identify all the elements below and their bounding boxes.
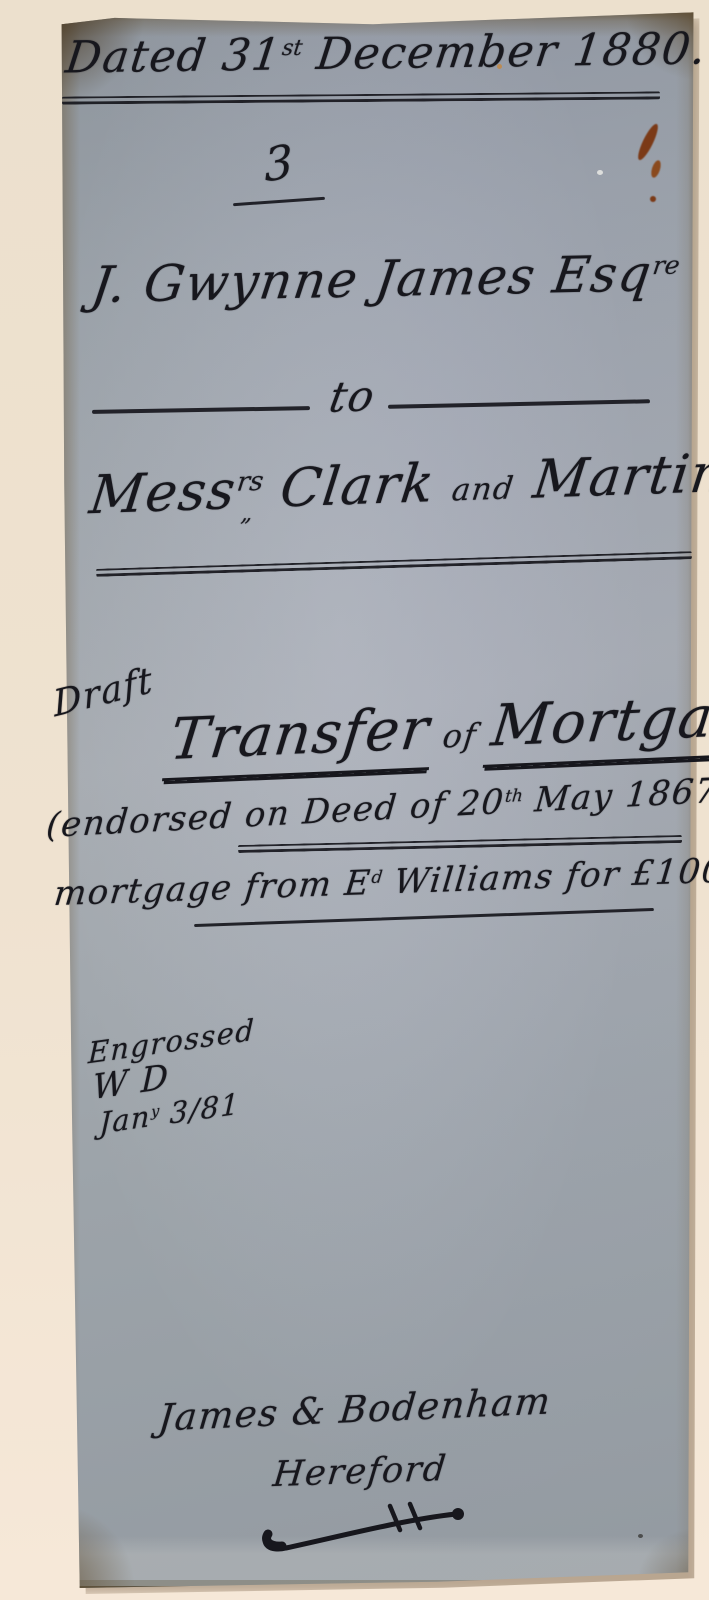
signature-flourish — [252, 1498, 482, 1556]
paper-speck — [597, 170, 603, 175]
party-to-name2: Martin — [512, 443, 709, 512]
dated-line: Dated 31st December 1880. — [63, 23, 709, 83]
party-to-prefix: Mess — [86, 460, 239, 526]
ink-stain — [650, 196, 656, 202]
endorsement-sup: th — [504, 786, 524, 807]
annotation-date-pre: Jan — [99, 1098, 152, 1140]
party-from-sup: re — [651, 251, 682, 281]
title-word-mortgage: Mortgage — [483, 681, 709, 768]
paper-speck — [638, 1534, 643, 1538]
connector-to: to — [326, 371, 380, 422]
title-word-transfer: Transfer — [162, 696, 438, 782]
party-to-name1: Clark — [259, 452, 457, 520]
party-to-conjunction: and — [450, 470, 517, 508]
dated-line-post: December 1880. — [298, 23, 709, 80]
party-from-name: J. Gwynne James Esq — [88, 244, 656, 314]
folio-number: 3 — [263, 133, 296, 192]
dated-line-pre: Dated 31 — [63, 29, 285, 83]
firm-place: Hereford — [243, 1448, 477, 1496]
party-to-sup: rs — [235, 466, 265, 498]
title-word-of: of — [441, 716, 480, 756]
document-photo: Dated 31st December 1880. 3 J. Gwynne Ja… — [0, 0, 709, 1600]
